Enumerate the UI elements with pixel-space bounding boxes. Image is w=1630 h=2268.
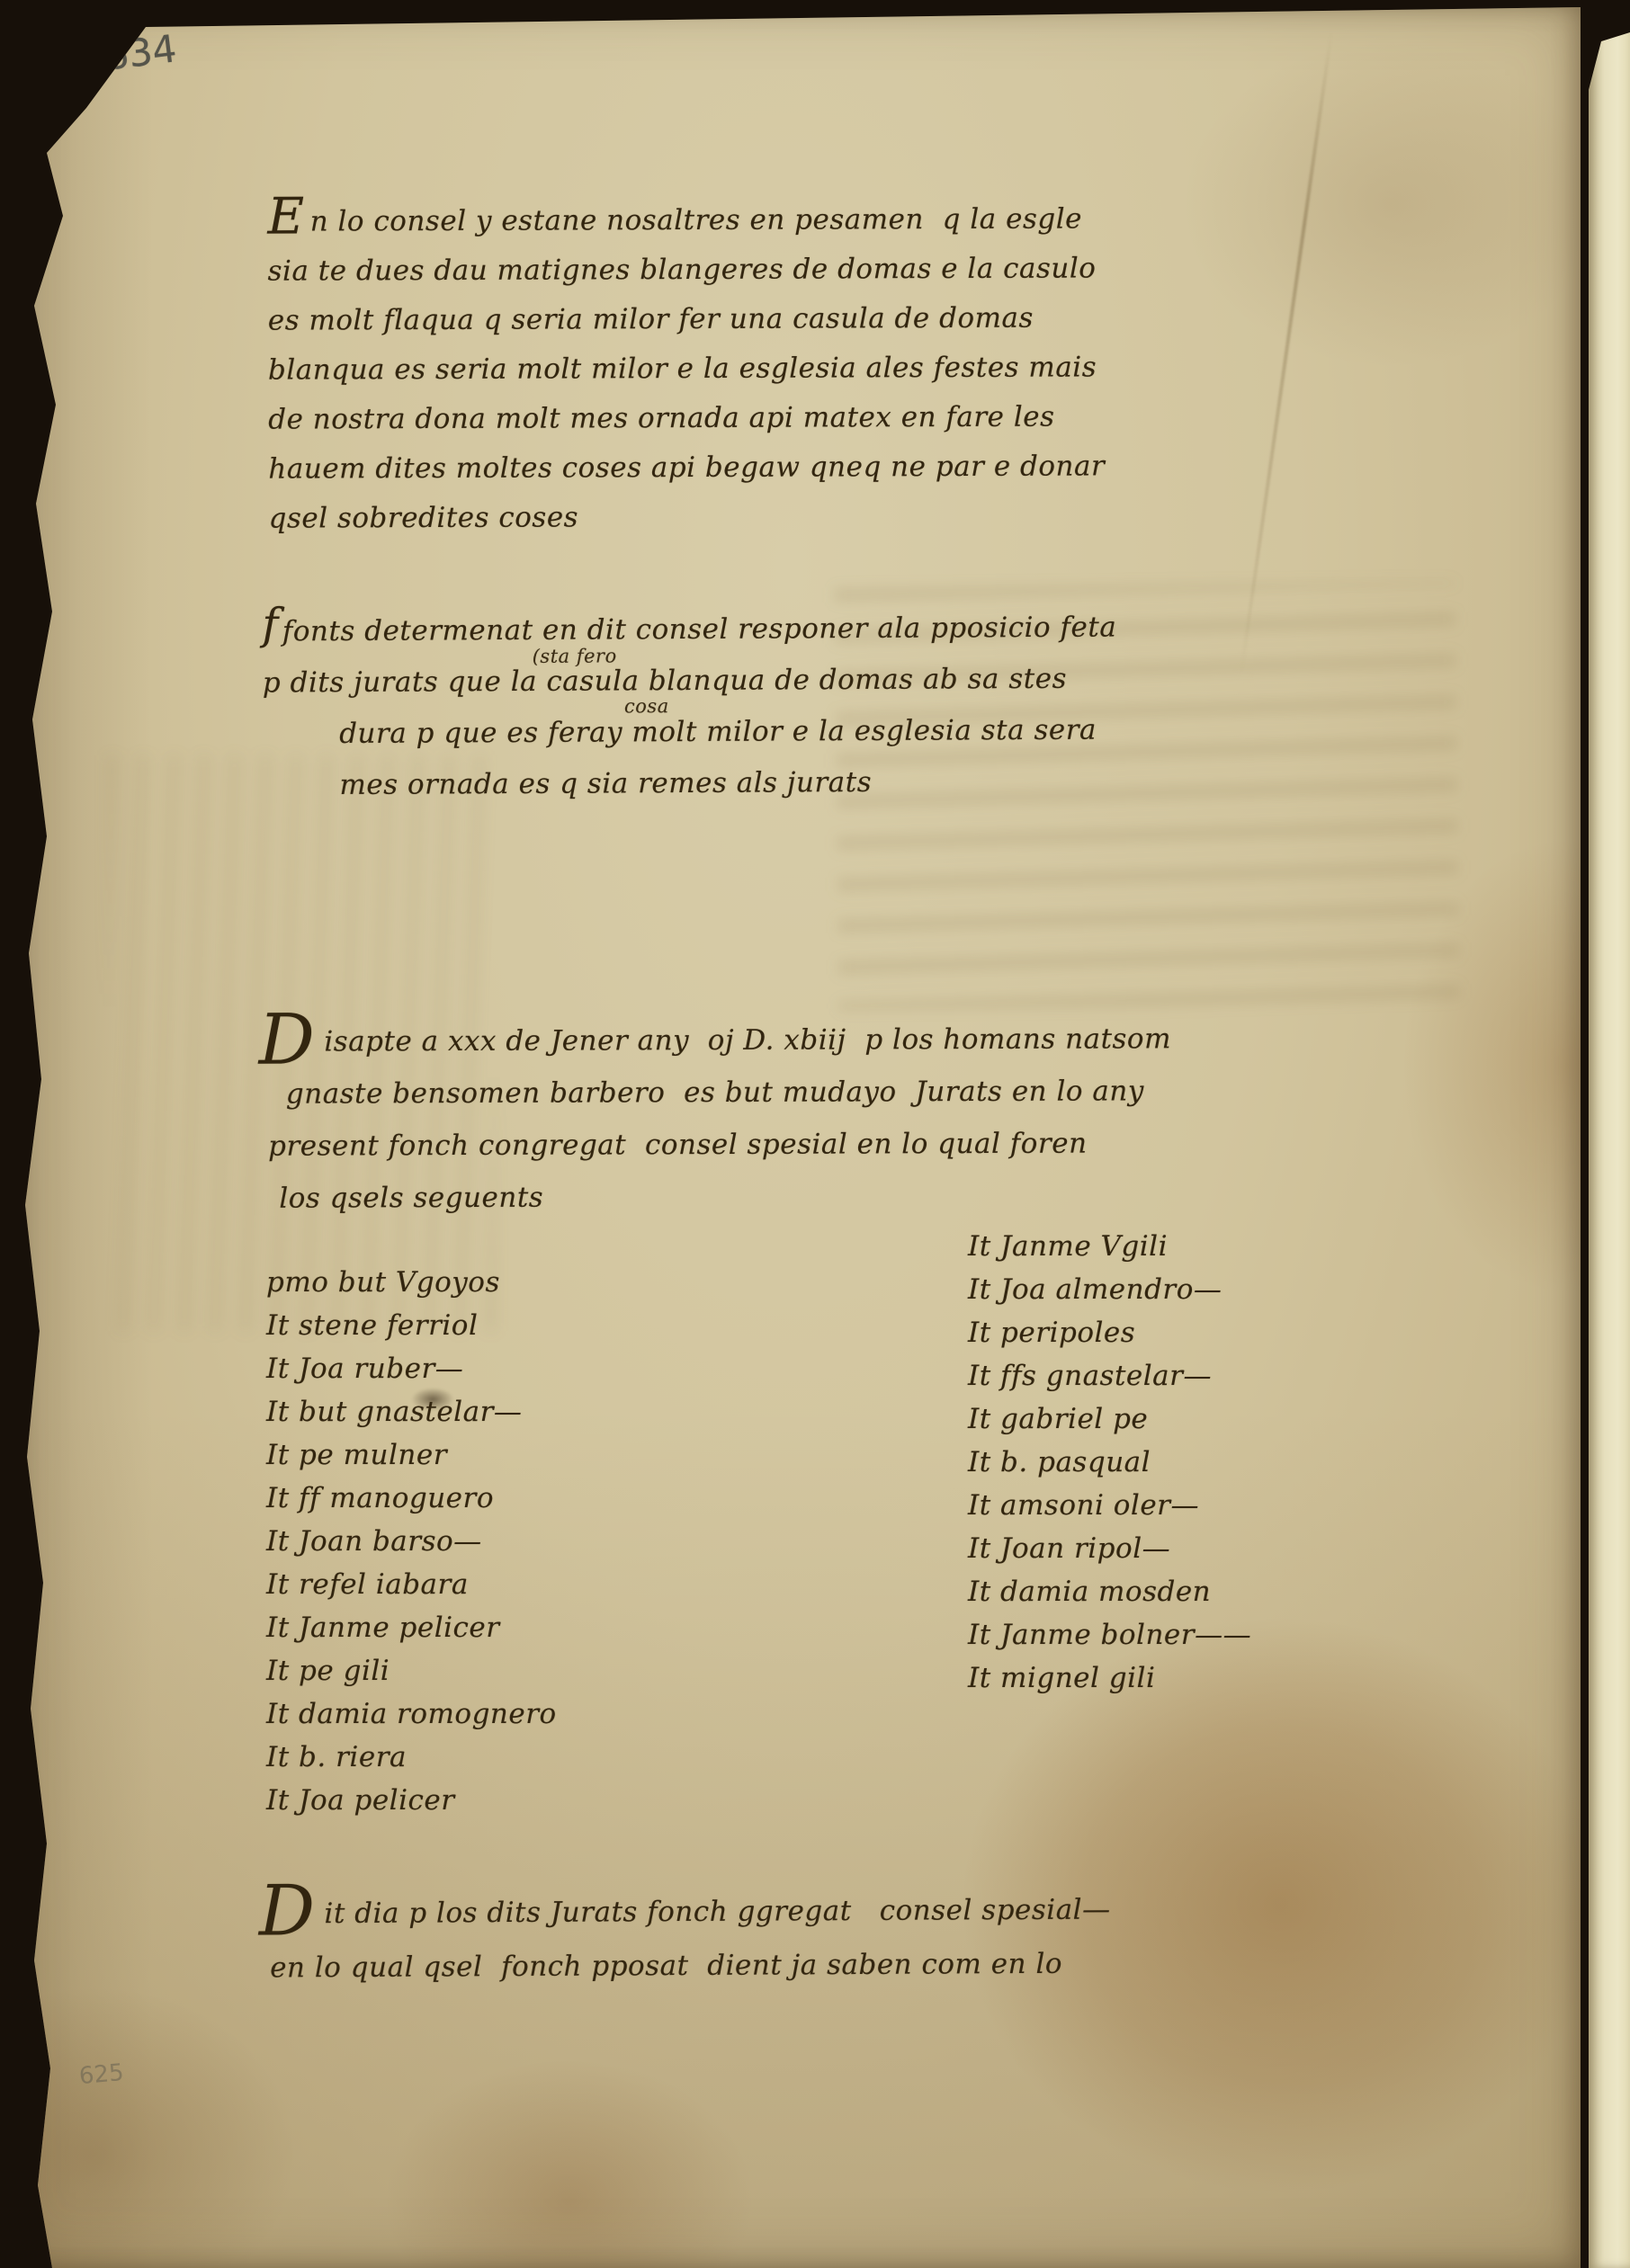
- handwritten-line: los qsels seguents: [279, 1169, 1171, 1224]
- handwritten-line: mes ornada es q sia remes als jurats: [339, 756, 1117, 812]
- roster-name: It Joan barso—: [266, 1525, 557, 1568]
- handwritten-line: qsel sobredites coses: [268, 491, 1105, 543]
- next-page-edge: [1589, 0, 1630, 2268]
- handwritten-line: en lo qual qsel fonch pposat dient ja sa…: [270, 1937, 1111, 1996]
- roster-name: It b. riera: [266, 1741, 557, 1784]
- attendee-roster-right-column: It Janme Vgili It Joa almendro— It perip…: [968, 1230, 1251, 1705]
- council-deliberation-entry: En lo consel y estane nosaltres en pesam…: [267, 194, 1105, 543]
- handwritten-line: En lo consel y estane nosaltres en pesam…: [267, 194, 1104, 246]
- handwritten-line: p dits jurats que la casula blanqua de d…: [263, 654, 1117, 710]
- roster-name: It pe mulner: [266, 1439, 557, 1482]
- manuscript-page: 634 En lo consel y estane nosaltres en p…: [0, 0, 1581, 2268]
- roster-name: It refel iabara: [266, 1568, 557, 1612]
- handwritten-line: sia te dues dau matignes blangeres de do…: [268, 244, 1105, 296]
- roster-name: It Joan ripol—: [968, 1532, 1251, 1576]
- roster-name: It peripoles: [968, 1317, 1251, 1360]
- handwritten-line: es molt flaqua q seria milor fer una cas…: [268, 293, 1105, 345]
- paper-crease: [1240, 32, 1333, 674]
- handwritten-line: ffonts determenat en dit consel responer…: [262, 603, 1116, 658]
- roster-name: It stene ferriol: [266, 1309, 557, 1353]
- roster-name: It Janme pelicer: [266, 1612, 557, 1655]
- folio-number: 634: [102, 26, 179, 78]
- interlinear-note: (sta fero: [533, 646, 617, 665]
- assembly-record-entry: Disapte a xxx de Jener any oj D. xbiij p…: [259, 1013, 1172, 1225]
- handwritten-line: blanqua es seria molt milor e la esglesi…: [268, 343, 1105, 395]
- handwritten-line: hauem dites moltes coses api begaw qneq …: [268, 442, 1105, 494]
- interlinear-note: cosa: [624, 696, 669, 716]
- roster-name: It amsoni oler—: [968, 1489, 1251, 1532]
- roster-name: It Joa pelicer: [266, 1784, 557, 1827]
- roster-name: It ff manoguero: [266, 1482, 557, 1525]
- roster-name: It gabriel pe: [968, 1403, 1251, 1446]
- bottom-pencil-mark: 625: [78, 2059, 125, 2090]
- attendee-roster-left-column: pmo but Vgoyos It stene ferriol It Joa r…: [266, 1266, 557, 1827]
- roster-name: It mignel gili: [968, 1662, 1251, 1705]
- roster-name: It pe gili: [266, 1655, 557, 1698]
- roster-name: It damia romognero: [266, 1698, 557, 1741]
- roster-name: It ffs gnastelar—: [968, 1360, 1251, 1403]
- roster-name: It but gnastelar—: [266, 1396, 557, 1439]
- roster-name: It Janme bolner——: [968, 1619, 1251, 1662]
- handwritten-line: dura p que es feray molt milor e la esgl…: [339, 705, 1117, 761]
- handwritten-line: Dit dia p los dits Jurats fonch ggregat …: [259, 1883, 1111, 1942]
- roster-name: It damia mosden: [968, 1576, 1251, 1619]
- roster-name: pmo but Vgoyos: [266, 1266, 557, 1309]
- roster-name: It Joa almendro—: [968, 1273, 1251, 1317]
- roster-name: It Joa ruber—: [266, 1353, 557, 1396]
- closing-entry: Dit dia p los dits Jurats fonch ggregat …: [259, 1883, 1111, 1996]
- roster-name: It b. pasqual: [968, 1446, 1251, 1489]
- manuscript-scan: 634 En lo consel y estane nosaltres en p…: [0, 0, 1630, 2268]
- handwritten-line: gnaste bensomen barbero es but mudayo Ju…: [286, 1065, 1171, 1120]
- council-resolution-entry: ffonts determenat en dit consel responer…: [262, 603, 1117, 812]
- handwritten-line: de nostra dona molt mes ornada api matex…: [268, 392, 1105, 444]
- roster-name: It Janme Vgili: [968, 1230, 1251, 1273]
- handwritten-line: Disapte a xxx de Jener any oj D. xbiij p…: [259, 1013, 1171, 1068]
- handwritten-line: present fonch congregat consel spesial e…: [268, 1117, 1171, 1173]
